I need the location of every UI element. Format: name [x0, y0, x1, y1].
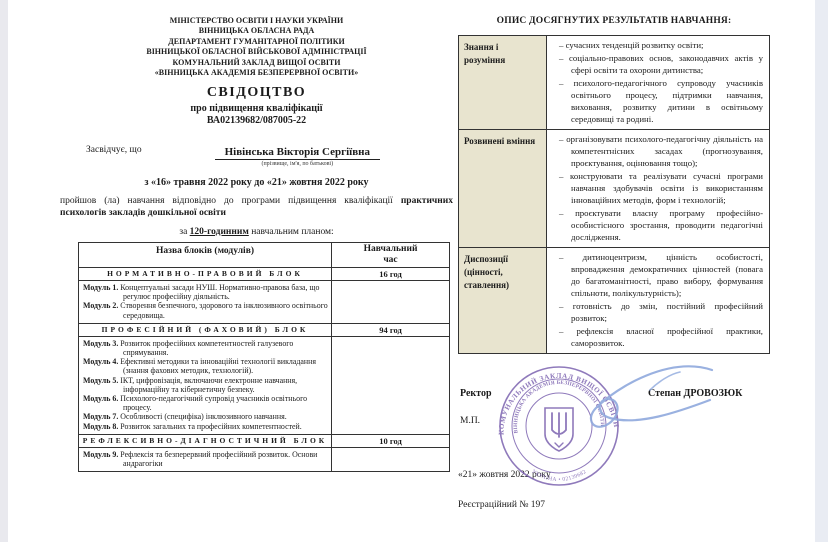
- seal-place-mark: М.П.: [460, 416, 480, 426]
- module-text: Особливості (специфіка) інклюзивного нав…: [120, 412, 286, 421]
- module-label: Модуль 3.: [83, 339, 118, 348]
- block-header-row: ПРОФЕСІЙНИЙ (ФАХОВИЙ) БЛОК 94 год: [79, 323, 450, 336]
- certificate-subtitle: про підвищення кваліфікації: [60, 103, 453, 114]
- hours-cell-empty: [332, 447, 450, 471]
- module-item: Модуль 5. ІКТ, цифровізація, включаючи е…: [83, 376, 328, 394]
- page-edge-left: [0, 0, 8, 542]
- module-label: Модуль 4.: [83, 357, 118, 366]
- holder-name-note: (прізвище, ім'я, по батькові): [142, 161, 453, 167]
- block-title-professional: ПРОФЕСІЙНИЙ (ФАХОВИЙ) БЛОК: [79, 323, 332, 336]
- module-label: Модуль 7.: [83, 412, 118, 421]
- org-line: ВІННИЦЬКОЇ ОБЛАСНОЇ ВІЙСЬКОВОЇ АДМІНІСТР…: [60, 47, 453, 57]
- module-item: Модуль 3. Розвиток професійних компетент…: [83, 339, 328, 357]
- plan-prefix: за: [179, 227, 189, 237]
- results-label-dispositions: Диспозиції (цінності, ставлення): [459, 248, 547, 354]
- results-row-dispositions: Диспозиції (цінності, ставлення) – дитин…: [459, 248, 770, 354]
- org-line: МІНІСТЕРСТВО ОСВІТИ І НАУКИ УКРАЇНИ: [60, 16, 453, 26]
- plan-hours: 120-годинним: [190, 227, 249, 237]
- module-text: Створення безпечного, здорового та інклю…: [120, 301, 327, 319]
- bullet-dash: –: [559, 78, 563, 88]
- module-item: Модуль 2. Створення безпечного, здоровог…: [83, 301, 328, 319]
- results-content: – організовувати психолого-педагогічну д…: [547, 130, 770, 248]
- bullet-dash: –: [559, 40, 563, 50]
- bullet-text: проєктувати власну програму професійно-о…: [571, 208, 763, 242]
- bullet-dash: –: [559, 53, 563, 63]
- plan-suffix: навчальним планом:: [249, 227, 334, 237]
- org-line: ВІННИЦЬКА ОБЛАСНА РАДА: [60, 26, 453, 36]
- module-text: Концептуальні засади НУШ. Нормативно-пра…: [120, 283, 319, 301]
- bullet-dash: –: [559, 208, 563, 218]
- module-item: Модуль 1. Концептуальні засади НУШ. Норм…: [83, 283, 328, 301]
- bullet-text: психолого-педагогічного супроводу учасни…: [571, 78, 763, 124]
- bullet-dash: –: [559, 252, 563, 262]
- block-hours: 94 год: [332, 323, 450, 336]
- page-edge-right: [815, 0, 828, 542]
- bullet-text: конструювати та реалізувати сучасні прог…: [570, 171, 763, 205]
- registration-number: Реєстраційний № 197: [458, 500, 545, 510]
- holder-name: Нівінська Вікторія Сергіївна: [215, 146, 380, 160]
- module-item: Модуль 8. Розвиток загальних та професій…: [83, 422, 328, 431]
- module-text: Розвиток професійних компетентностей гал…: [120, 339, 293, 357]
- certificate-title: СВІДОЦТВО: [60, 85, 453, 101]
- bullet-item: – дитиноцентризм, цінність особистості, …: [552, 251, 763, 299]
- module-rows: Модуль 3. Розвиток професійних компетент…: [79, 336, 450, 434]
- org-line: ДЕПАРТАМЕНТ ГУМАНІТАРНОЇ ПОЛІТИКИ: [60, 37, 453, 47]
- module-label: Модуль 6.: [83, 394, 118, 403]
- rector-signature: [550, 360, 720, 438]
- bullet-item: – конструювати та реалізувати сучасні пр…: [552, 170, 763, 206]
- block-hours: 10 год: [332, 434, 450, 447]
- program-text: пройшов (ла) навчання відповідно до прог…: [60, 196, 401, 206]
- module-item: Модуль 9. Рефлексія та безперервний проф…: [83, 450, 328, 468]
- certificate-number: ВА02139682/087005-22: [60, 115, 453, 126]
- bullet-text: рефлексія власної професійної практики, …: [571, 326, 763, 348]
- block-title-reflexive: РЕФЛЕКСИВНО-ДІАГНОСТИЧНИЙ БЛОК: [79, 434, 332, 447]
- bullet-dash: –: [559, 326, 563, 336]
- certify-label: Засвідчує, що: [86, 142, 142, 167]
- block-title-normative: НОРМАТИВНО-ПРАВОВИЙ БЛОК: [79, 268, 332, 281]
- certificate-left-column: МІНІСТЕРСТВО ОСВІТИ І НАУКИ УКРАЇНИ ВІНН…: [60, 0, 453, 472]
- bullet-text: організовувати психолого-педагогічну дія…: [566, 134, 763, 168]
- rector-label: Ректор: [460, 388, 492, 399]
- bullet-text: дитиноцентризм, цінність особистості, вп…: [571, 252, 763, 298]
- modules-table-header-row: Назва блоків (модулів) Навчальний час: [79, 243, 450, 268]
- module-text: ІКТ, цифровізація, включаючи електронне …: [120, 376, 297, 394]
- org-line: «ВІННИЦЬКА АКАДЕМІЯ БЕЗПЕРЕРВНОЇ ОСВІТИ»: [60, 68, 453, 78]
- plan-line: за 120-годинним навчальним планом:: [60, 227, 453, 237]
- bullet-item: – рефлексія власної професійної практики…: [552, 325, 763, 349]
- modules-table: Назва блоків (модулів) Навчальний час НО…: [78, 242, 450, 472]
- bullet-dash: –: [559, 134, 563, 144]
- module-label: Модуль 2.: [83, 301, 118, 310]
- bullet-item: – організовувати психолого-педагогічну д…: [552, 133, 763, 169]
- block-hours: 16 год: [332, 268, 450, 281]
- module-text: Психолого-педагогічний супровід учасникі…: [120, 394, 307, 412]
- column-header-hours-line1: Навчальний: [334, 244, 447, 255]
- program-paragraph: пройшов (ла) навчання відповідно до прог…: [60, 196, 453, 220]
- module-rows: Модуль 9. Рефлексія та безперервний проф…: [79, 447, 450, 471]
- module-item: Модуль 7. Особливості (специфіка) інклюз…: [83, 412, 328, 421]
- results-label-skills: Розвинені вміння: [459, 130, 547, 248]
- certificate-right-column: ОПИС ДОСЯГНУТИХ РЕЗУЛЬТАТІВ НАВЧАННЯ: Зн…: [458, 0, 770, 542]
- bullet-item: – готовність до змін, постійний професій…: [552, 300, 763, 324]
- results-content: – дитиноцентризм, цінність особистості, …: [547, 248, 770, 354]
- holder-block: Нівінська Вікторія Сергіївна (прізвище, …: [142, 142, 453, 167]
- results-title: ОПИС ДОСЯГНУТИХ РЕЗУЛЬТАТІВ НАВЧАННЯ:: [458, 16, 770, 26]
- issuing-organizations: МІНІСТЕРСТВО ОСВІТИ І НАУКИ УКРАЇНИ ВІНН…: [60, 16, 453, 78]
- modules-cell: Модуль 9. Рефлексія та безперервний проф…: [79, 447, 332, 471]
- module-item: Модуль 4. Ефективні методики та інноваці…: [83, 357, 328, 375]
- column-header-name: Назва блоків (модулів): [79, 243, 332, 268]
- hours-cell-empty: [332, 336, 450, 434]
- module-label: Модуль 8.: [83, 422, 118, 431]
- bullet-dash: –: [559, 171, 563, 181]
- org-line: КОМУНАЛЬНИЙ ЗАКЛАД ВИЩОЇ ОСВІТИ: [60, 58, 453, 68]
- bullet-text: сучасних тенденцій розвитку освіти;: [566, 40, 704, 50]
- training-period: з «16» травня 2022 року до «21» жовтня 2…: [60, 177, 453, 188]
- results-row-skills: Розвинені вміння – організовувати психол…: [459, 130, 770, 248]
- bullet-item: – психолого-педагогічного супроводу учас…: [552, 77, 763, 125]
- results-row-knowledge: Знання і розуміння – сучасних тенденцій …: [459, 36, 770, 130]
- module-text: Ефективні методики та інноваційні технол…: [120, 357, 316, 375]
- hours-cell-empty: [332, 281, 450, 324]
- results-content: – сучасних тенденцій розвитку освіти; – …: [547, 36, 770, 130]
- block-header-row: НОРМАТИВНО-ПРАВОВИЙ БЛОК 16 год: [79, 268, 450, 281]
- module-label: Модуль 5.: [83, 376, 118, 385]
- column-header-hours: Навчальний час: [332, 243, 450, 268]
- results-label-knowledge: Знання і розуміння: [459, 36, 547, 130]
- bullet-dash: –: [559, 301, 563, 311]
- module-text: Рефлексія та безперервний професійний ро…: [120, 450, 317, 468]
- block-header-row: РЕФЛЕКСИВНО-ДІАГНОСТИЧНИЙ БЛОК 10 год: [79, 434, 450, 447]
- column-header-hours-line2: час: [334, 255, 447, 266]
- modules-cell: Модуль 1. Концептуальні засади НУШ. Норм…: [79, 281, 332, 324]
- results-table: Знання і розуміння – сучасних тенденцій …: [458, 35, 770, 354]
- bullet-item: – соціально-правових основ, законодавчих…: [552, 52, 763, 76]
- certificate-document: { "doc": { "header_lines": [ "МІНІСТЕРСТ…: [0, 0, 828, 542]
- bullet-item: – проєктувати власну програму професійно…: [552, 207, 763, 243]
- module-item: Модуль 6. Психолого-педагогічний супрові…: [83, 394, 328, 412]
- bullet-item: – сучасних тенденцій розвитку освіти;: [552, 39, 763, 51]
- bullet-text: готовність до змін, постійний професійни…: [571, 301, 763, 323]
- bullet-text: соціально-правових основ, законодавчих а…: [569, 53, 763, 75]
- modules-cell: Модуль 3. Розвиток професійних компетент…: [79, 336, 332, 434]
- module-text: Розвиток загальних та професійних компет…: [120, 422, 301, 431]
- module-label: Модуль 1.: [83, 283, 118, 292]
- module-rows: Модуль 1. Концептуальні засади НУШ. Норм…: [79, 281, 450, 324]
- certify-row: Засвідчує, що Нівінська Вікторія Сергіїв…: [60, 142, 453, 167]
- module-label: Модуль 9.: [83, 450, 118, 459]
